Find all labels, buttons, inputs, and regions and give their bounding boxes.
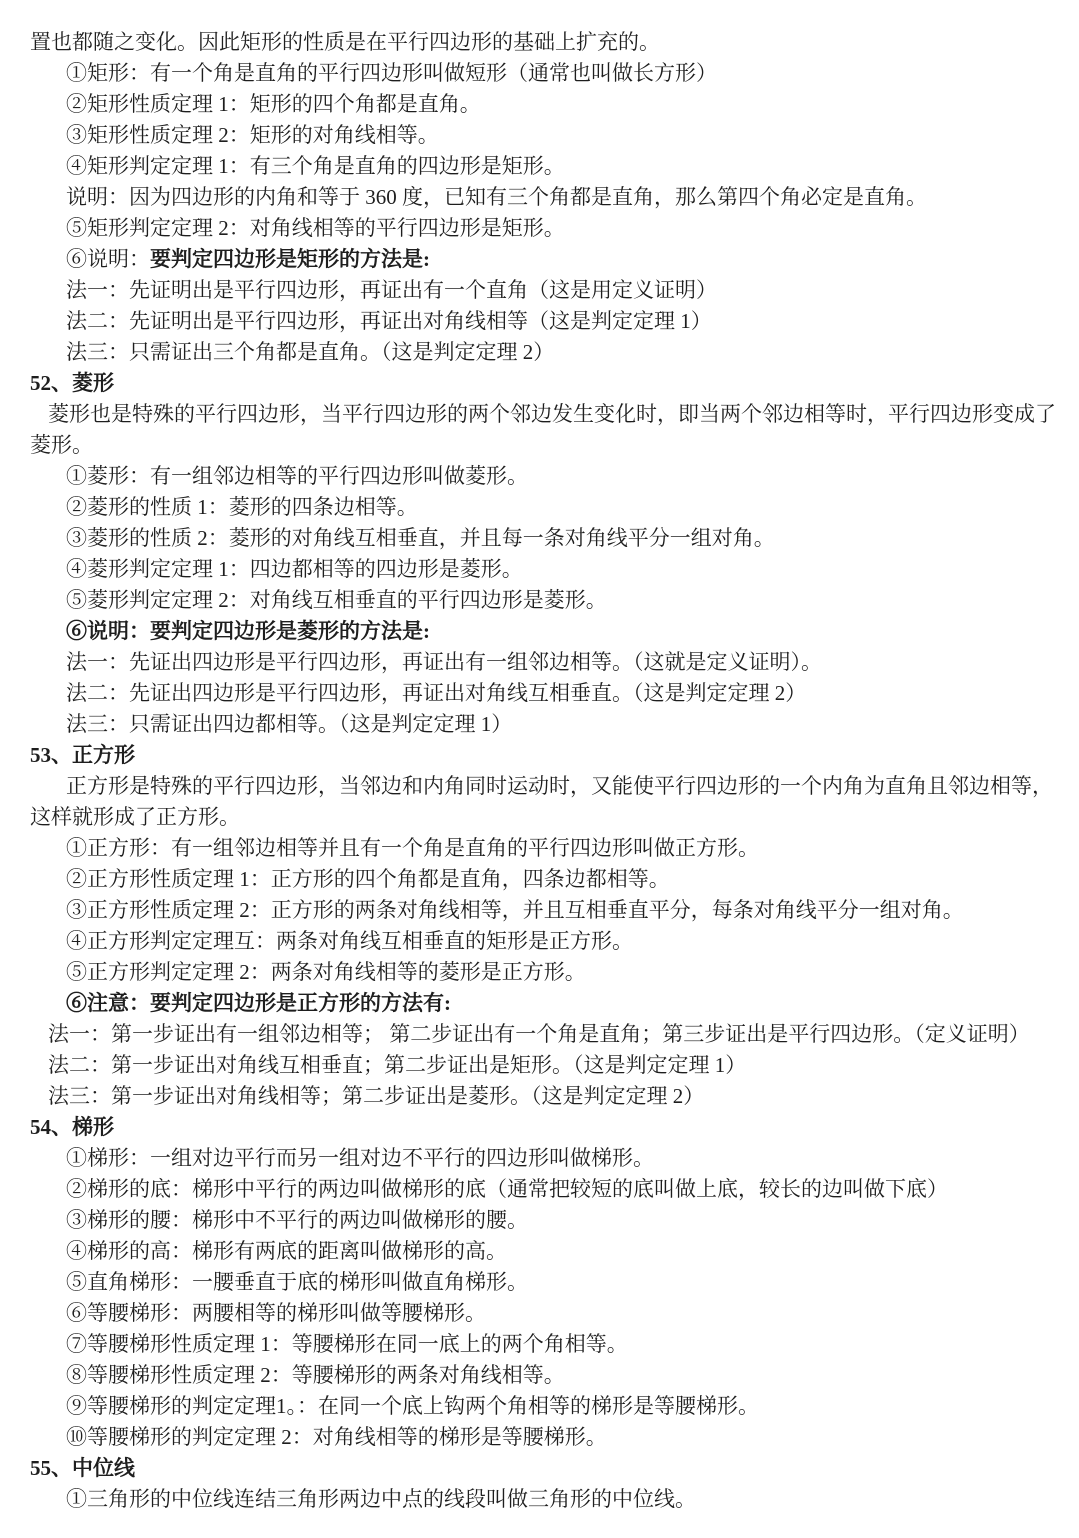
text-segment: 说明：因为四边形的内角和等于 360 度，已知有三个角都是直角，那么第四个角必定…: [66, 185, 927, 209]
text-segment: 法一：第一步证出有一组邻边相等； 第二步证出有一个角是直角；第三步证出是平行四边…: [48, 1022, 1030, 1046]
text-line: ①三角形的中位线连结三角形两边中点的线段叫做三角形的中位线。: [0, 1484, 1079, 1515]
text-segment: ②菱形的性质 1：菱形的四条边相等。: [66, 495, 418, 519]
text-line: ⑩等腰梯形的判定定理 2：对角线相等的梯形是等腰梯形。: [0, 1422, 1079, 1453]
text-segment: ④梯形的高：梯形有两底的距离叫做梯形的高。: [66, 1239, 507, 1263]
text-segment: ⑩等腰梯形的判定定理 2：对角线相等的梯形是等腰梯形。: [66, 1425, 607, 1449]
section-heading: 52、菱形: [0, 368, 1079, 399]
text-segment: ⑤矩形判定定理 2：对角线相等的平行四边形是矩形。: [66, 216, 565, 240]
text-line: ③菱形的性质 2：菱形的对角线互相垂直，并且每一条对角线平分一组对角。: [0, 523, 1079, 554]
text-segment: 54、梯形: [30, 1115, 114, 1139]
text-segment: 法二：先证明出是平行四边形，再证出对角线相等（这是判定定理 1）: [66, 309, 712, 333]
text-segment: 法一：先证明出是平行四边形，再证出有一个直角（这是用定义证明）: [66, 278, 717, 302]
text-line: ①菱形：有一组邻边相等的平行四边形叫做菱形。: [0, 461, 1079, 492]
text-line: ④菱形判定定理 1：四边都相等的四边形是菱形。: [0, 554, 1079, 585]
text-line: ①矩形：有一个角是直角的平行四边形叫做短形（通常也叫做长方形）: [0, 58, 1079, 89]
text-line: ①梯形：一组对边平行而另一组对边不平行的四边形叫做梯形。: [0, 1143, 1079, 1174]
text-line: 法一：第一步证出有一组邻边相等； 第二步证出有一个角是直角；第三步证出是平行四边…: [0, 1019, 1079, 1050]
text-line: ⑤正方形判定定理 2：两条对角线相等的菱形是正方形。: [0, 957, 1079, 988]
text-line: 法二：第一步证出对角线互相垂直；第二步证出是矩形。（这是判定定理 1）: [0, 1050, 1079, 1081]
text-line: ⑥说明：要判定四边形是菱形的方法是:: [0, 616, 1079, 647]
text-line: 法三：第一步证出对角线相等；第二步证出是菱形。（这是判定定理 2）: [0, 1081, 1079, 1112]
text-line: ⑥说明：要判定四边形是矩形的方法是:: [0, 244, 1079, 275]
text-segment: ⑥说明：: [66, 247, 150, 271]
document-body: 置也都随之变化。因此矩形的性质是在平行四边形的基础上扩充的。①矩形：有一个角是直…: [0, 27, 1079, 1515]
text-segment: ③矩形性质定理 2：矩形的对角线相等。: [66, 123, 439, 147]
text-line: 这样就形成了正方形。: [0, 802, 1079, 833]
text-segment: 置也都随之变化。因此矩形的性质是在平行四边形的基础上扩充的。: [30, 30, 660, 54]
text-line: ①正方形：有一组邻边相等并且有一个角是直角的平行四边形叫做正方形。: [0, 833, 1079, 864]
text-segment: ⑤菱形判定定理 2：对角线互相垂直的平行四边形是菱形。: [66, 588, 607, 612]
text-segment: 这样就形成了正方形。: [30, 805, 240, 829]
text-segment: 菱形。: [30, 433, 93, 457]
text-line: 法三：只需证出三个角都是直角。（这是判定定理 2）: [0, 337, 1079, 368]
text-line: 法二：先证出四边形是平行四边形，再证出对角线互相垂直。（这是判定定理 2）: [0, 678, 1079, 709]
text-line: 法三：只需证出四边都相等。（这是判定定理 1）: [0, 709, 1079, 740]
text-line: ②菱形的性质 1：菱形的四条边相等。: [0, 492, 1079, 523]
text-segment: ①梯形：一组对边平行而另一组对边不平行的四边形叫做梯形。: [66, 1146, 654, 1170]
text-segment: 正方形是特殊的平行四边形，当邻边和内角同时运动时，又能使平行四边形的一个内角为直…: [66, 774, 1053, 798]
text-segment: ②梯形的底：梯形中平行的两边叫做梯形的底（通常把较短的底叫做上底，较长的边叫做下…: [66, 1177, 948, 1201]
text-line: 说明：因为四边形的内角和等于 360 度，已知有三个角都是直角，那么第四个角必定…: [0, 182, 1079, 213]
text-segment: ③梯形的腰：梯形中不平行的两边叫做梯形的腰。: [66, 1208, 528, 1232]
text-segment: ⑥等腰梯形：两腰相等的梯形叫做等腰梯形。: [66, 1301, 486, 1325]
text-segment: ②矩形性质定理 1：矩形的四个角都是直角。: [66, 92, 481, 116]
text-line: ④正方形判定定理互：两条对角线互相垂直的矩形是正方形。: [0, 926, 1079, 957]
text-line: ②矩形性质定理 1：矩形的四个角都是直角。: [0, 89, 1079, 120]
text-segment: 要判定四边形是矩形的方法是:: [150, 247, 430, 271]
text-segment: 法二：第一步证出对角线互相垂直；第二步证出是矩形。（这是判定定理 1）: [48, 1053, 746, 1077]
text-segment: 法三：只需证出三个角都是直角。（这是判定定理 2）: [66, 340, 554, 364]
text-segment: 法三：只需证出四边都相等。（这是判定定理 1）: [66, 712, 512, 736]
text-segment: ④矩形判定定理 1：有三个角是直角的四边形是矩形。: [66, 154, 565, 178]
text-line: ②梯形的底：梯形中平行的两边叫做梯形的底（通常把较短的底叫做上底，较长的边叫做下…: [0, 1174, 1079, 1205]
text-line: ⑥等腰梯形：两腰相等的梯形叫做等腰梯形。: [0, 1298, 1079, 1329]
text-segment: ①三角形的中位线连结三角形两边中点的线段叫做三角形的中位线。: [66, 1487, 696, 1511]
text-segment: 53、正方形: [30, 743, 135, 767]
text-line: ⑤菱形判定定理 2：对角线互相垂直的平行四边形是菱形。: [0, 585, 1079, 616]
text-segment: ③菱形的性质 2：菱形的对角线互相垂直，并且每一条对角线平分一组对角。: [66, 526, 775, 550]
text-line: 法一：先证明出是平行四边形，再证出有一个直角（这是用定义证明）: [0, 275, 1079, 306]
text-line: 法二：先证明出是平行四边形，再证出对角线相等（这是判定定理 1）: [0, 306, 1079, 337]
text-segment: ⑤直角梯形：一腰垂直于底的梯形叫做直角梯形。: [66, 1270, 528, 1294]
text-line: ②正方形性质定理 1：正方形的四个角都是直角，四条边都相等。: [0, 864, 1079, 895]
text-line: 正方形是特殊的平行四边形，当邻边和内角同时运动时，又能使平行四边形的一个内角为直…: [0, 771, 1079, 802]
text-line: 置也都随之变化。因此矩形的性质是在平行四边形的基础上扩充的。: [0, 27, 1079, 58]
text-line: 菱形。: [0, 430, 1079, 461]
text-segment: ⑨等腰梯形的判定定理1。：在同一个底上钩两个角相等的梯形是等腰梯形。: [66, 1394, 759, 1418]
text-line: ④梯形的高：梯形有两底的距离叫做梯形的高。: [0, 1236, 1079, 1267]
text-segment: ④正方形判定定理互：两条对角线互相垂直的矩形是正方形。: [66, 929, 633, 953]
text-segment: ⑤正方形判定定理 2：两条对角线相等的菱形是正方形。: [66, 960, 586, 984]
text-line: ⑧等腰梯形性质定理 2：等腰梯形的两条对角线相等。: [0, 1360, 1079, 1391]
text-segment: ①正方形：有一组邻边相等并且有一个角是直角的平行四边形叫做正方形。: [66, 836, 759, 860]
text-line: ③正方形性质定理 2：正方形的两条对角线相等，并且互相垂直平分，每条对角线平分一…: [0, 895, 1079, 926]
text-segment: 55、中位线: [30, 1456, 135, 1480]
text-segment: 法一：先证出四边形是平行四边形，再证出有一组邻边相等。（这就是定义证明）。: [66, 650, 822, 674]
text-segment: ④菱形判定定理 1：四边都相等的四边形是菱形。: [66, 557, 523, 581]
text-line: ⑨等腰梯形的判定定理1。：在同一个底上钩两个角相等的梯形是等腰梯形。: [0, 1391, 1079, 1422]
section-heading: 53、正方形: [0, 740, 1079, 771]
text-segment: ②正方形性质定理 1：正方形的四个角都是直角，四条边都相等。: [66, 867, 670, 891]
text-line: 菱形也是特殊的平行四边形，当平行四边形的两个邻边发生变化时，即当两个邻边相等时，…: [0, 399, 1079, 430]
text-line: ③梯形的腰：梯形中不平行的两边叫做梯形的腰。: [0, 1205, 1079, 1236]
text-line: ⑦等腰梯形性质定理 1：等腰梯形在同一底上的两个角相等。: [0, 1329, 1079, 1360]
text-segment: 52、菱形: [30, 371, 114, 395]
section-heading: 54、梯形: [0, 1112, 1079, 1143]
text-segment: ③正方形性质定理 2：正方形的两条对角线相等，并且互相垂直平分，每条对角线平分一…: [66, 898, 964, 922]
text-segment: 法二：先证出四边形是平行四边形，再证出对角线互相垂直。（这是判定定理 2）: [66, 681, 806, 705]
text-segment: ①菱形：有一组邻边相等的平行四边形叫做菱形。: [66, 464, 528, 488]
text-line: ⑤矩形判定定理 2：对角线相等的平行四边形是矩形。: [0, 213, 1079, 244]
text-segment: ⑦等腰梯形性质定理 1：等腰梯形在同一底上的两个角相等。: [66, 1332, 628, 1356]
document-page: 置也都随之变化。因此矩形的性质是在平行四边形的基础上扩充的。①矩形：有一个角是直…: [0, 0, 1079, 1538]
section-heading: 55、中位线: [0, 1453, 1079, 1484]
text-line: ⑤直角梯形：一腰垂直于底的梯形叫做直角梯形。: [0, 1267, 1079, 1298]
text-line: 法一：先证出四边形是平行四边形，再证出有一组邻边相等。（这就是定义证明）。: [0, 647, 1079, 678]
text-segment: ⑥说明：要判定四边形是菱形的方法是:: [66, 619, 430, 643]
text-segment: ①矩形：有一个角是直角的平行四边形叫做短形（通常也叫做长方形）: [66, 61, 717, 85]
text-segment: 菱形也是特殊的平行四边形，当平行四边形的两个邻边发生变化时，即当两个邻边相等时，…: [48, 402, 1056, 426]
text-line: ⑥注意：要判定四边形是正方形的方法有:: [0, 988, 1079, 1019]
text-segment: ⑧等腰梯形性质定理 2：等腰梯形的两条对角线相等。: [66, 1363, 565, 1387]
text-segment: ⑥注意：要判定四边形是正方形的方法有:: [66, 991, 451, 1015]
text-segment: 法三：第一步证出对角线相等；第二步证出是菱形。（这是判定定理 2）: [48, 1084, 704, 1108]
text-line: ④矩形判定定理 1：有三个角是直角的四边形是矩形。: [0, 151, 1079, 182]
text-line: ③矩形性质定理 2：矩形的对角线相等。: [0, 120, 1079, 151]
